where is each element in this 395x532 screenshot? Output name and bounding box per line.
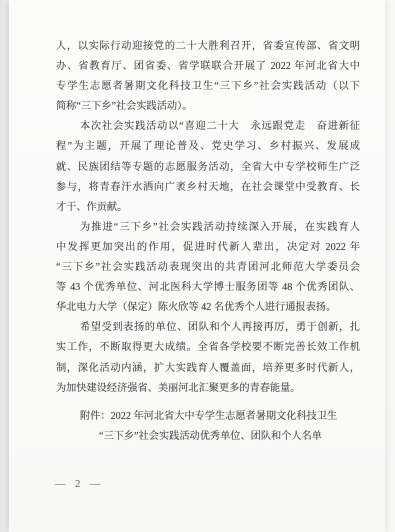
body-line: 本次社会实践活动以“喜迎二十大 永远跟党走 奋进新征 — [56, 117, 360, 137]
page-number: — 2 — — [55, 479, 102, 490]
body-line: 就、民族团结等专题的志愿服务活动，全省大中专学校师生广泛 — [56, 158, 360, 178]
document-page: 人，以实际行动迎接党的二十大胜利召开，省委宣传部、省文明 办、省教育厅、团省委、… — [9, 0, 385, 532]
body-line: 人，以实际行动迎接党的二十大胜利召开，省委宣传部、省文明 — [56, 37, 360, 57]
body-line: 专学生志愿者暑期文化科技卫生“三下乡”社会实践活动（以下 — [56, 77, 360, 97]
body-line: “三下乡”社会实践活动表现突出的共青团河北师范大学委员会 — [56, 258, 360, 278]
body-line: 办、省教育厅、团省委、省学联联合开展了 2022 年河北省大中 — [56, 57, 360, 77]
body-line: 为加快建设经济强省、美丽河北汇聚更多的青春能量。 — [56, 379, 360, 399]
body-line: 希望受到表扬的单位、团队和个人再接再厉，勇于创新，扎 — [56, 318, 360, 338]
body-line: 制，深化活动内涵，扩大实践育人覆盖面，培养更多时代新人， — [56, 359, 360, 379]
body-line: 才干、作贡献。 — [56, 198, 360, 218]
body-line: 实工作，不断取得更大成绩。全省各学校要不断完善长效工作机 — [56, 338, 360, 358]
body-line: 程”为主题，开展了理论普及、党史学习、乡村振兴、发展成 — [56, 137, 360, 157]
attachment-line-2: “三下乡”社会实践活动优秀单位、团队和个人名单 — [56, 427, 360, 447]
body-line: 参与，将青春汗水洒向广袤乡村天地，在社会课堂中受教育、长 — [56, 178, 360, 198]
body-line: 中发挥更加突出的作用，促进时代新人辈出，决定对 2022 年 — [56, 238, 360, 258]
body-line: 为推进“三下乡”社会实践活动持续深入开展，在实践育人 — [56, 218, 360, 238]
body-line: 华北电力大学（保定）陈火欣等 42 名优秀个人进行通报表扬。 — [56, 298, 360, 318]
body-line: 等 43 个优秀单位、河北医科大学博士服务团等 48 个优秀团队、 — [56, 278, 360, 298]
attachment-line-1: 附件：2022 年河北省大中专学生志愿者暑期文化科技卫生 — [56, 407, 360, 427]
body-line: 简称“三下乡”社会实践活动）。 — [56, 97, 360, 117]
document-body: 人，以实际行动迎接党的二十大胜利召开，省委宣传部、省文明 办、省教育厅、团省委、… — [56, 37, 360, 447]
